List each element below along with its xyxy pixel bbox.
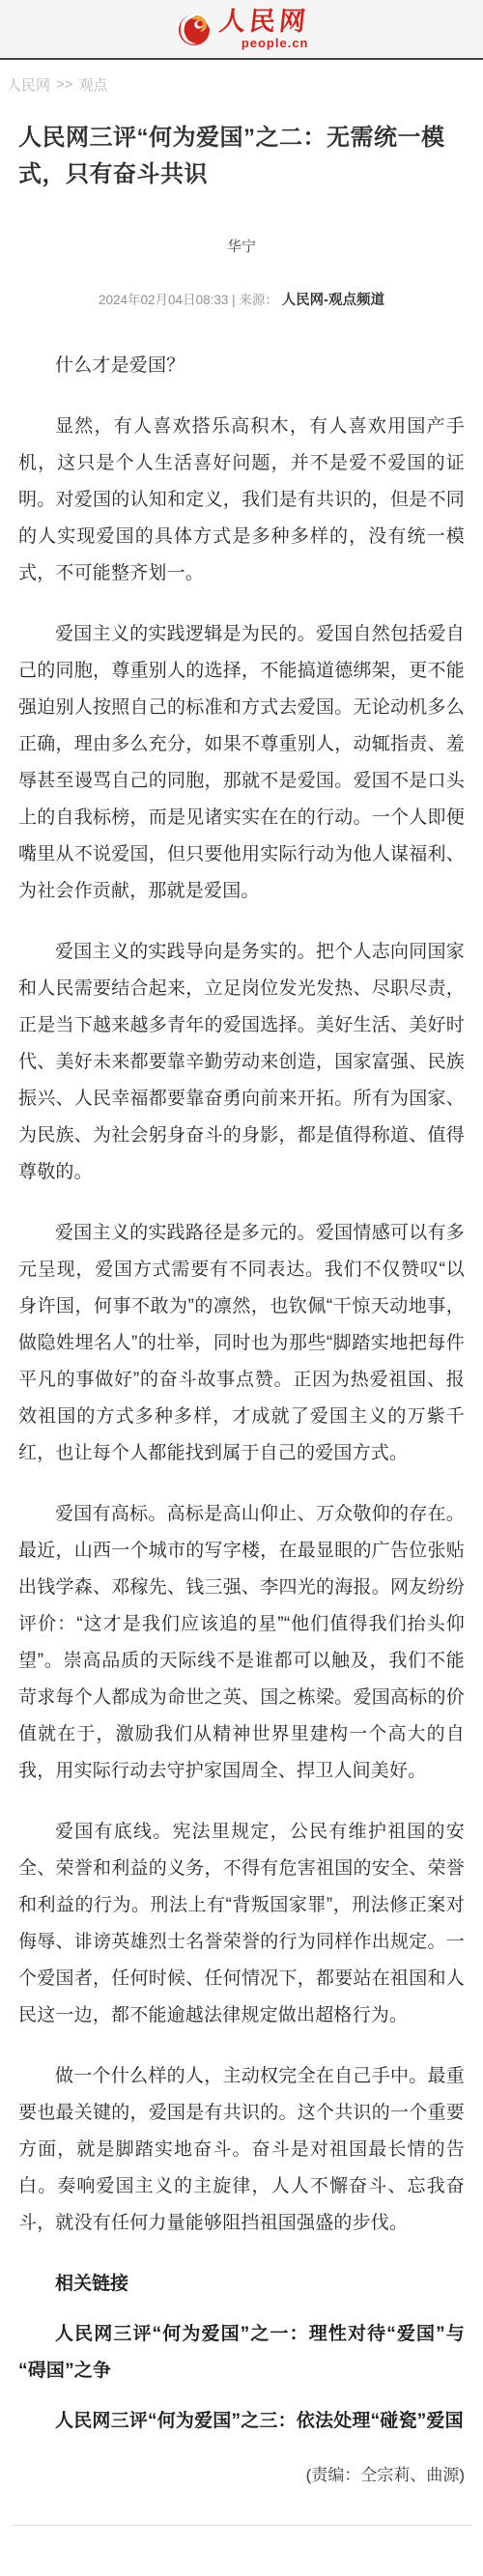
article-title: 人民网三评“何为爱国”之二：无需统一模式，只有奋斗共识 bbox=[18, 120, 465, 193]
related-link-2[interactable]: 人民网三评“何为爱国”之三：依法处理“碰瓷”爱国 bbox=[18, 2403, 465, 2440]
bottom-divider bbox=[12, 2525, 471, 2526]
article-paragraph: 爱国主义的实践路径是多元的。爱国情感可以有多元呈现，爱国方式需要有不同表达。我们… bbox=[18, 1215, 465, 1472]
article-date: 2024年02月04日08:33 bbox=[99, 293, 228, 307]
logo-cn-text: 人民网 bbox=[217, 9, 310, 35]
article-paragraph: 爱国主义的实践逻辑是为民的。爱国自然包括爱自己的同胞，尊重别人的选择，不能搞道德… bbox=[18, 616, 465, 910]
peoplecn-globe-icon bbox=[175, 10, 213, 48]
peoplecn-logo[interactable]: 人民网 people.cn bbox=[175, 9, 309, 49]
breadcrumb: 人民网 >> 观点 bbox=[0, 60, 483, 95]
logo-en-text: people.cn bbox=[241, 37, 309, 49]
breadcrumb-home-link[interactable]: 人民网 bbox=[7, 74, 50, 95]
editor-credit: (责编：仝宗莉、曲源) bbox=[18, 2461, 465, 2490]
related-links-section: 相关链接 人民网三评“何为爱国”之一：理性对待“爱国”与“碍国”之争 人民网三评… bbox=[18, 2266, 465, 2440]
article-paragraph: 爱国有高标。高标是高山仰止、万众敬仰的存在。最近，山西一个城市的写字楼，在最显眼… bbox=[18, 1496, 465, 1790]
article-paragraph: 爱国主义的实践导向是务实的。把个人志向同国家和人民需要结合起来，立足岗位发光发热… bbox=[18, 934, 465, 1191]
site-header: 人民网 people.cn bbox=[0, 0, 483, 60]
meta-separator: | bbox=[232, 293, 236, 307]
article-paragraph: 什么才是爱国？ bbox=[18, 348, 465, 384]
breadcrumb-separator: >> bbox=[56, 76, 73, 93]
article-body: 什么才是爱国？ 显然，有人喜欢搭乐高积木，有人喜欢用国产手机，这只是个人生活喜好… bbox=[18, 348, 465, 2242]
breadcrumb-section-link[interactable]: 观点 bbox=[79, 74, 108, 95]
article-paragraph: 做一个什么样的人，主动权完全在自己手中。最重要也最关键的，爱国是有共识的。这个共… bbox=[18, 2058, 465, 2242]
article-meta: 2024年02月04日08:33 | 来源： 人民网-观点频道 bbox=[18, 289, 465, 309]
article-paragraph: 爱国有底线。宪法里规定，公民有维护祖国的安全、荣誉和利益的义务，不得有危害祖国的… bbox=[18, 1814, 465, 2034]
article: 人民网三评“何为爱国”之二：无需统一模式，只有奋斗共识 华宁 2024年02月0… bbox=[0, 120, 483, 2490]
related-links-heading: 相关链接 bbox=[18, 2266, 465, 2303]
article-source: 人民网-观点频道 bbox=[282, 293, 384, 308]
source-label: 来源： bbox=[239, 293, 278, 307]
article-author: 华宁 bbox=[18, 236, 465, 256]
article-paragraph: 显然，有人喜欢搭乐高积木，有人喜欢用国产手机，这只是个人生活喜好问题，并不是爱不… bbox=[18, 409, 465, 592]
related-link-1[interactable]: 人民网三评“何为爱国”之一：理性对待“爱国”与“碍国”之争 bbox=[18, 2316, 465, 2390]
